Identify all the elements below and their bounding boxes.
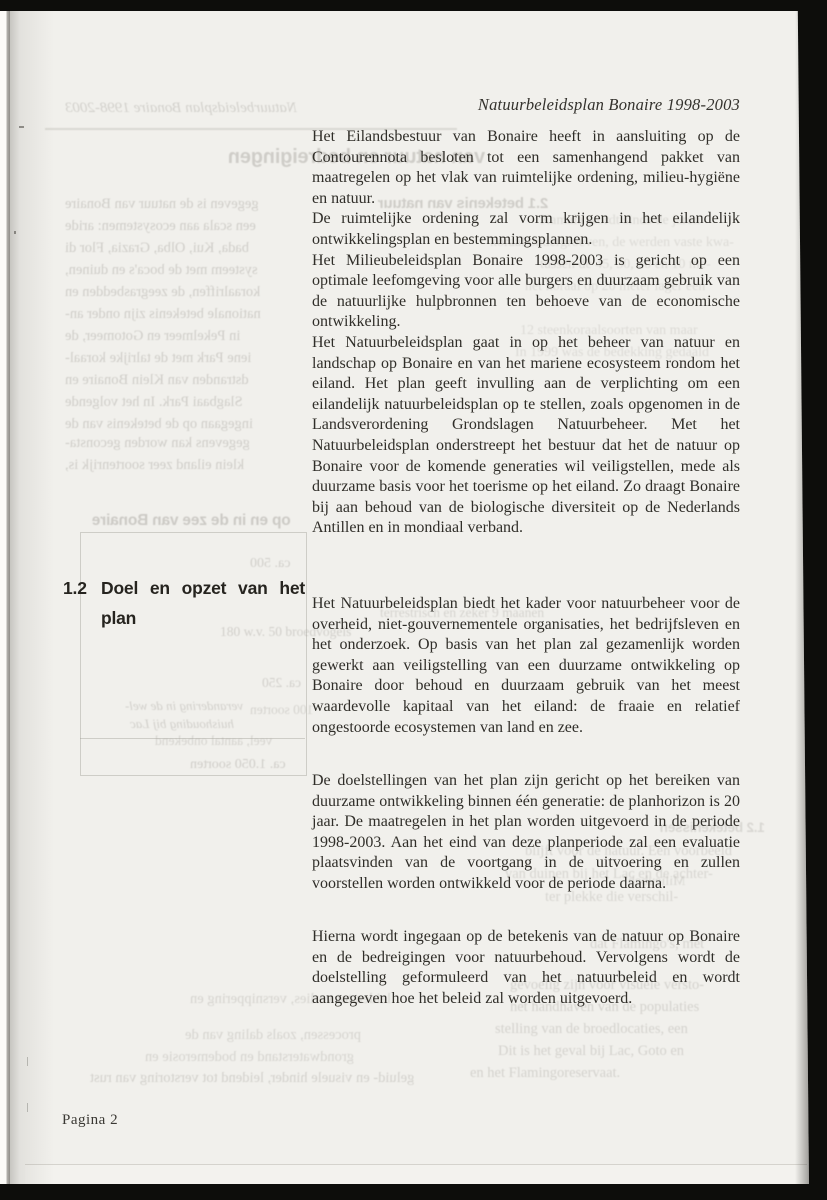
- paragraph-doelstellingen: De doelstellingen van het plan zijn geri…: [312, 771, 740, 895]
- page-curvature-shadow: [10, 11, 56, 1184]
- ghost-text-line: klein eiland zeer soortenrijk is,: [65, 457, 244, 474]
- paragraph-hierna: Hierna wordt ingegaan op de betekenis va…: [312, 927, 740, 1009]
- ghost-text-line: in Pekelmeer en Gotomeer, de: [65, 328, 240, 345]
- ghost-text-line: nationale betekenis zijn onder an-: [65, 306, 261, 323]
- page-edge-shadow: [795, 11, 809, 1184]
- ghost-table-box: [80, 532, 307, 776]
- ghost-text-line: Dit is het geval bij Lac, Goto en: [498, 1043, 684, 1060]
- ghost-text-line: gegeven is de natuur van Bonaire: [65, 196, 259, 213]
- paragraph-natuurbeleidsplan: Het Natuurbeleidsplan gaat in op het beh…: [312, 333, 740, 539]
- ghost-text-line: ca. 1.050 soorten: [190, 757, 286, 773]
- document-page: Natuurbeleidsplan Bonaire 1998-2003van n…: [10, 11, 809, 1184]
- ghost-text-line: verandering in de wel-: [125, 698, 243, 714]
- ghost-text-line: veel, aantal onbekend: [155, 733, 272, 749]
- scan-speck: [27, 1103, 28, 1112]
- ghost-text-line: bada, Kui, Olba, Grazia, Flor di: [65, 240, 249, 257]
- paragraph-milieubeleidsplan: Het Milieubeleidsplan Bonaire 1998-2003 …: [312, 251, 740, 333]
- ghost-text-line: ca. 500: [250, 556, 290, 572]
- ghost-text-line: 100 soorten: [250, 702, 313, 718]
- running-header: Natuurbeleidsplan Bonaire 1998-2003: [312, 95, 740, 115]
- scan-speck: [14, 231, 16, 234]
- scan-speck: [19, 126, 24, 128]
- scan-speck: [27, 1057, 28, 1066]
- ghost-text-line: systeem met de boca's en duinen,: [65, 262, 258, 279]
- ghost-table-divider: [80, 738, 305, 739]
- ghost-text-line: een scala aan ecosystemen: aride: [65, 218, 256, 235]
- ghost-text-line: gegevens kan worden geconsta-: [65, 435, 250, 452]
- paragraph-intro: Het Eilandsbestuur van Bonaire heeft in …: [312, 127, 740, 209]
- ghost-text-line: Natuurbeleidsplan Bonaire 1998-2003: [65, 100, 297, 117]
- ghost-text-line: Slagbaai Park. In het volgende: [65, 394, 243, 411]
- section-heading: 1.2 Doel en opzet van het plan: [63, 573, 305, 633]
- section-number: 1.2: [63, 573, 101, 633]
- body-text-block: Het Eilandsbestuur van Bonaire heeft in …: [312, 127, 740, 539]
- ghost-text-line: ingegaan op de betekenis van de: [65, 416, 253, 433]
- paragraph-ruimtelijke-ordening: De ruimtelijke ordening zal vorm krijgen…: [312, 209, 740, 250]
- adjacent-page-edge: [0, 11, 10, 1184]
- ghost-text-line: grondwaterstand en bodemerosie en: [145, 1049, 354, 1066]
- ghost-text-line: koraalriffen, de zeegrasbedden en: [65, 284, 260, 301]
- ghost-text-line: en het Flamingoreservaat.: [470, 1065, 620, 1082]
- ghost-text-line: iene Park met de talrijke koraal-: [65, 350, 251, 367]
- ghost-text-line: op en in de zee van Bonaire: [92, 512, 291, 530]
- ghost-text-line: dstranden van Klein Bonaire en: [65, 372, 249, 389]
- ghost-text-line: huishouding bij Lac: [130, 716, 234, 732]
- ghost-text-line: stelling van de broedlocaties, een: [495, 1021, 688, 1038]
- next-page-edge-strip: [25, 1165, 807, 1184]
- section-title: Doel en opzet van het plan: [101, 573, 305, 633]
- paragraph-kader: Het Natuurbeleidsplan biedt het kader vo…: [312, 594, 740, 738]
- ghost-text-line: geluid- en visuele hinder, leidend tot v…: [90, 1070, 414, 1087]
- ghost-text-line: ca. 250: [262, 675, 301, 691]
- ghost-text-line: processen, zoals daling van de: [185, 1027, 361, 1044]
- page-number: Pagina 2: [62, 1112, 118, 1129]
